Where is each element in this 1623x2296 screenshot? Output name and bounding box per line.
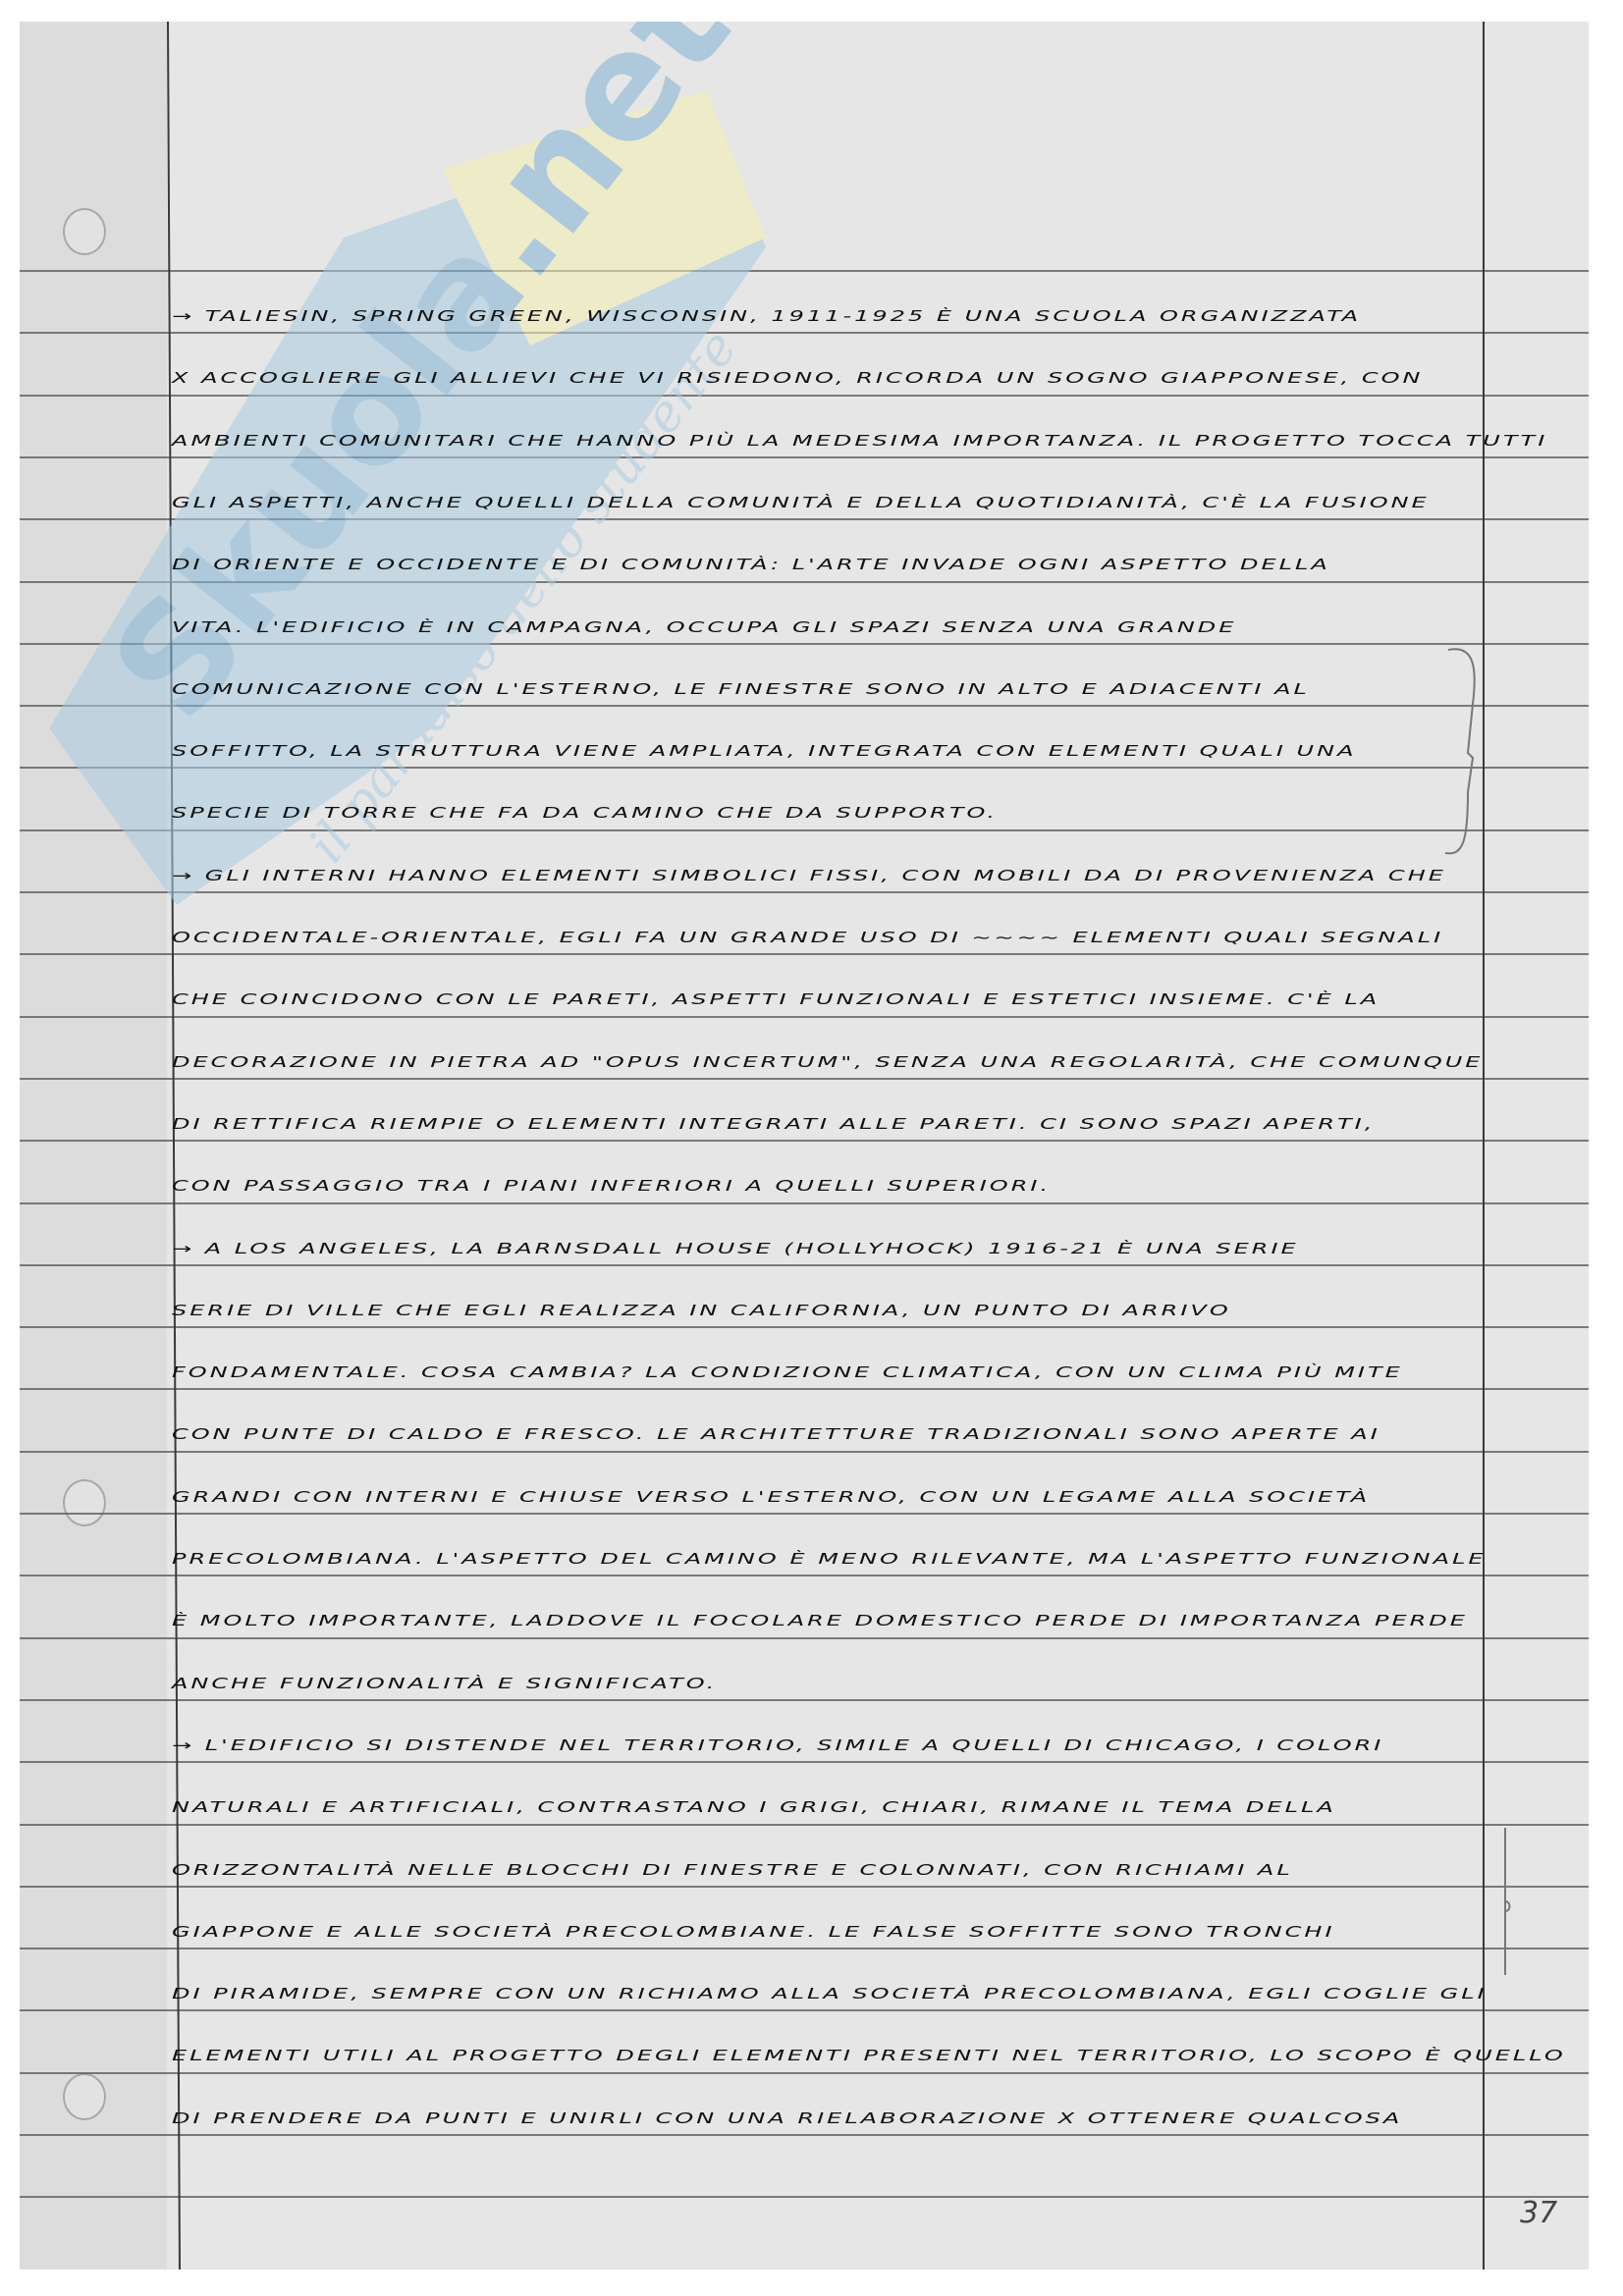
handwritten-line: FONDAMENTALE. COSA CAMBIA? LA CONDIZIONE… — [172, 1363, 1478, 1388]
ruled-line — [20, 1637, 1589, 1639]
ruled-line — [20, 1575, 1589, 1576]
handwritten-line: GIAPPONE E ALLE SOCIETÀ PRECOLOMBIANE. L… — [172, 1923, 1478, 1948]
handwritten-line: ELEMENTI UTILI AL PROGETTO DEGLI ELEMENT… — [172, 2048, 1478, 2072]
handwritten-line: DI RETTIFICA RIEMPIE O ELEMENTI INTEGRAT… — [172, 1115, 1478, 1140]
ruled-line — [20, 1451, 1589, 1453]
left-margin-strip — [20, 22, 167, 2269]
ruled-line — [20, 2009, 1589, 2011]
notebook-page: Skuola.net il paradiso dello studente → … — [20, 22, 1589, 2269]
ruled-line — [20, 270, 1589, 272]
handwritten-line: PRECOLOMBIANA. L'ASPETTO DEL CAMINO È ME… — [172, 1550, 1478, 1575]
ruled-line — [20, 705, 1589, 707]
ruled-line — [20, 1886, 1589, 1888]
ruled-line — [20, 581, 1589, 583]
ruled-line — [20, 395, 1589, 397]
handwritten-line: SOFFITTO, LA STRUTTURA VIENE AMPLIATA, I… — [172, 742, 1478, 767]
ruled-line — [20, 1824, 1589, 1826]
right-margin-line — [1483, 22, 1485, 2269]
handwritten-line: GLI ASPETTI, ANCHE QUELLI DELLA COMUNITÀ… — [172, 494, 1478, 518]
handwritten-line: ANCHE FUNZIONALITÀ E SIGNIFICATO. — [172, 1675, 1478, 1699]
ruled-line — [20, 1761, 1589, 1763]
handwritten-line: COMUNICAZIONE CON L'ESTERNO, LE FINESTRE… — [172, 680, 1478, 705]
punch-hole-icon — [63, 2073, 106, 2120]
handwritten-line: OCCIDENTALE-ORIENTALE, EGLI FA UN GRANDE… — [172, 929, 1478, 953]
handwritten-line: ORIZZONTALITÀ NELLE BLOCCHI DI FINESTRE … — [172, 1861, 1478, 1886]
handwritten-line: DECORAZIONE IN PIETRA AD "OPUS INCERTUM"… — [172, 1053, 1478, 1078]
page-number: 37 — [1520, 2196, 1557, 2230]
ruled-line — [20, 1202, 1589, 1204]
ruled-line — [20, 643, 1589, 645]
handwritten-line: CON PASSAGGIO TRA I PIANI INFERIORI A QU… — [172, 1177, 1478, 1201]
handwritten-line: X ACCOGLIERE GLI ALLIEVI CHE VI RISIEDON… — [172, 369, 1478, 394]
ruled-line — [20, 456, 1589, 458]
ruled-line — [20, 1140, 1589, 1142]
handwritten-line: → TALIESIN, SPRING GREEN, WISCONSIN, 191… — [172, 307, 1478, 332]
handwritten-line: CON PUNTE DI CALDO E FRESCO. LE ARCHITET… — [172, 1426, 1478, 1451]
ruled-line — [20, 1016, 1589, 1018]
handwritten-line: DI PIRAMIDE, SEMPRE CON UN RICHIAMO ALLA… — [172, 1985, 1478, 2009]
handwritten-line: → A LOS ANGELES, LA BARNSDALL HOUSE (HOL… — [172, 1240, 1478, 1264]
ruled-line — [20, 953, 1589, 955]
handwritten-line: DI ORIENTE E OCCIDENTE E DI COMUNITÀ: L'… — [172, 556, 1478, 580]
handwritten-line: → L'EDIFICIO SI DISTENDE NEL TERRITORIO,… — [172, 1736, 1478, 1761]
ruled-line — [20, 1078, 1589, 1080]
handwritten-line: È MOLTO IMPORTANTE, LADDOVE IL FOCOLARE … — [172, 1612, 1478, 1636]
handwritten-line: AMBIENTI COMUNITARI CHE HANNO PIÙ LA MED… — [172, 432, 1478, 456]
ruled-line — [20, 891, 1589, 893]
punch-hole-icon — [63, 208, 106, 255]
ruled-line — [20, 767, 1589, 769]
ruled-line — [20, 518, 1589, 520]
ruled-line — [20, 2072, 1589, 2074]
ruled-line — [20, 2196, 1589, 2198]
ruled-line — [20, 1388, 1589, 1390]
handwritten-line: → GLI INTERNI HANNO ELEMENTI SIMBOLICI F… — [172, 867, 1478, 891]
handwritten-line: CHE COINCIDONO CON LE PARETI, ASPETTI FU… — [172, 990, 1478, 1015]
margin-vertical-mark — [1497, 1823, 1517, 1980]
ruled-line — [20, 1948, 1589, 1949]
ruled-line — [20, 829, 1589, 831]
handwritten-line: SERIE DI VILLE CHE EGLI REALIZZA IN CALI… — [172, 1302, 1478, 1326]
ruled-line — [20, 1513, 1589, 1515]
handwritten-line: VITA. L'EDIFICIO È IN CAMPAGNA, OCCUPA G… — [172, 618, 1478, 643]
handwritten-line: GRANDI CON INTERNI E CHIUSE VERSO L'ESTE… — [172, 1488, 1478, 1513]
ruled-line — [20, 332, 1589, 334]
ruled-line — [20, 1326, 1589, 1328]
handwritten-line: NATURALI E ARTIFICIALI, CONTRASTANO I GR… — [172, 1798, 1478, 1823]
punch-hole-icon — [63, 1479, 106, 1526]
handwritten-line: DI PRENDERE DA PUNTI E UNIRLI CON UNA RI… — [172, 2109, 1478, 2134]
watermark-tagline: il paradiso dello studente — [298, 319, 749, 874]
ruled-line — [20, 2134, 1589, 2136]
ruled-line — [20, 1699, 1589, 1701]
handwritten-line: SPECIE DI TORRE CHE FA DA CAMINO CHE DA … — [172, 805, 1478, 829]
ruled-line — [20, 1264, 1589, 1266]
